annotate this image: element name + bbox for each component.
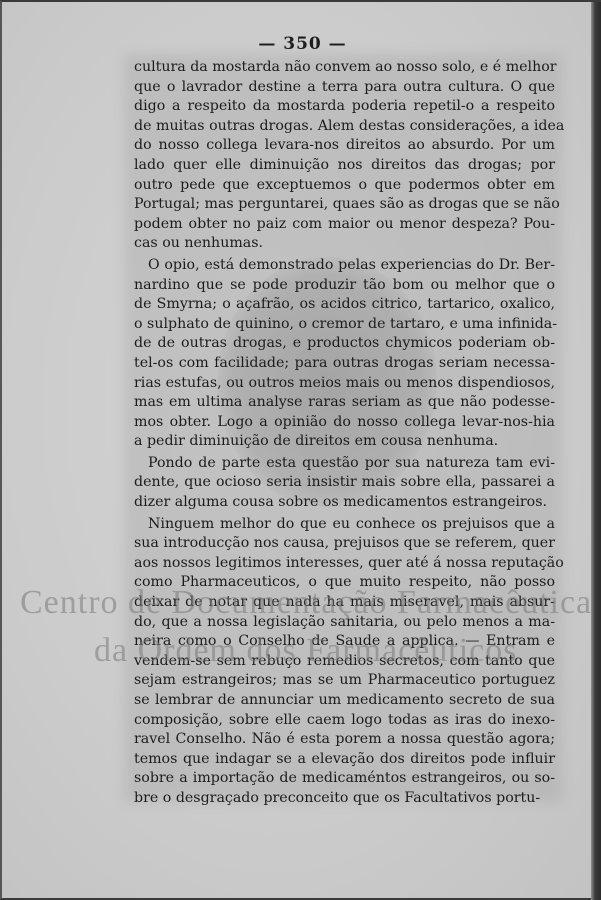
body-text: cultura da mostarda não convem ao nosso …: [134, 58, 555, 809]
text-line: podem obter no paiz com maior ou menor d…: [134, 215, 555, 235]
paragraph: cultura da mostarda não convem ao nosso …: [134, 58, 555, 254]
text-line: de Smyrna; o açafrão, os acidos citrico,…: [134, 295, 555, 315]
text-line: cas ou nenhumas.: [134, 234, 555, 254]
text-line: neira como o Conselho de Saude a applica…: [134, 632, 555, 652]
paragraph: O opio, está demonstrado pelas experienc…: [134, 256, 555, 452]
text-line: de muitas outras drogas. Alem destas con…: [134, 117, 555, 137]
text-line: Portugal; mas perguntarei, quaes são as …: [134, 195, 555, 215]
text-line: sua introducção nos causa, prejuisos que…: [134, 534, 555, 554]
text-line: cultura da mostarda não convem ao nosso …: [134, 58, 555, 78]
text-line: que o lavrador destine a terra para outr…: [134, 78, 555, 98]
paragraph: Ninguem melhor do que eu conhece os prej…: [134, 515, 555, 809]
text-line: tel-os com facilidade; para outras droga…: [134, 354, 555, 374]
scanned-page: — 350 — cultura da mostarda não convem a…: [0, 0, 601, 900]
text-line: lado quer elle diminuição nos direitos d…: [134, 156, 555, 176]
text-line: se lembrar de annunciar um medicamento s…: [134, 691, 555, 711]
text-line: do nosso collega levara-nos direitos ao …: [134, 136, 555, 156]
page-number: — 350 —: [2, 34, 601, 54]
text-line: mas em ultima analyse raras seriam as qu…: [134, 393, 555, 413]
text-line: dente, que ocioso seria insistir mais so…: [134, 473, 555, 493]
text-line: de de outras drogas, e productos chymico…: [134, 334, 555, 354]
text-line: bre o desgraçado preconceito que os Facu…: [134, 789, 555, 809]
text-line: nardino que se pode produzir tão bom ou …: [134, 276, 555, 296]
page-edge-shadow: [591, 2, 601, 900]
text-line: Ninguem melhor do que eu conhece os prej…: [134, 515, 555, 535]
text-line: aos nossos legitimos interesses, quer at…: [134, 554, 555, 574]
paragraph: Pondo de parte esta questão por sua natu…: [134, 454, 555, 513]
text-line: dizer alguma cousa sobre os medicamentos…: [134, 493, 555, 513]
text-line: Pondo de parte esta questão por sua natu…: [134, 454, 555, 474]
text-line: como Pharmaceuticos, o que muito respeit…: [134, 573, 555, 593]
text-line: do, que a nossa legislação sanitaria, ou…: [134, 613, 555, 633]
text-line: temos que indagar se a elevação dos dire…: [134, 750, 555, 770]
text-line: digo a respeito da mostarda poderia repe…: [134, 97, 555, 117]
text-line: composição, sobre elle caem logo todas a…: [134, 711, 555, 731]
text-line: o sulphato de quinino, o cremor de tarta…: [134, 315, 555, 335]
text-line: outro pede que exceptuemos o que podermo…: [134, 176, 555, 196]
text-line: ravel Conselho. Não é esta porem a nossa…: [134, 730, 555, 750]
text-line: sejam estrangeiros; mas se um Pharmaceut…: [134, 671, 555, 691]
text-line: a pedir diminuição de direitos em cousa …: [134, 432, 555, 452]
text-line: mos obter. Logo a opinião do nosso colle…: [134, 413, 555, 433]
text-line: deixar de notar que nada ha mais miserav…: [134, 593, 555, 613]
text-line: O opio, está demonstrado pelas experienc…: [134, 256, 555, 276]
text-line: sobre a importação de medicaméntos estra…: [134, 769, 555, 789]
text-line: vendem-se sem rebuço remedios secretos, …: [134, 652, 555, 672]
text-line: rias estufas, ou outros meios mais ou me…: [134, 374, 555, 394]
